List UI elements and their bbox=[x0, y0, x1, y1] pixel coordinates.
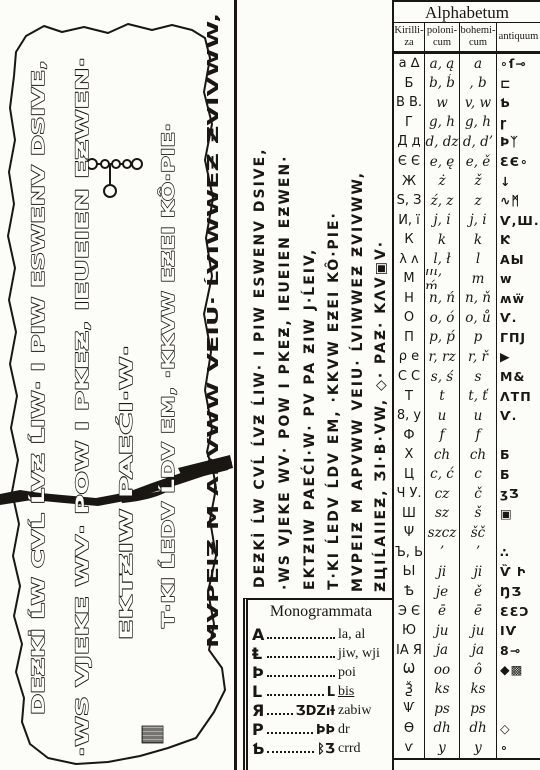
alphabetum-cell-kirilliza-row8: S, З bbox=[394, 191, 425, 211]
monogram-glyph: P bbox=[252, 722, 265, 738]
alphabetum-cell-antiquum-row33 bbox=[497, 680, 540, 700]
alphabetum-cell-antiquum-row34 bbox=[497, 699, 540, 719]
alphabetum-cell-polonicum-row2: b, b́ bbox=[425, 74, 460, 94]
monogram-row: ЯƷǱıƚzabiw bbox=[252, 700, 390, 719]
monogram-reading: poi bbox=[338, 665, 390, 681]
alphabetum-cell-polonicum-row19: u bbox=[425, 406, 460, 426]
alphabetum-cell-antiquum-row18: ΛТП bbox=[497, 386, 540, 406]
alphabetum-cell-antiquum-row29: ƐƐƆ bbox=[497, 601, 540, 621]
alphabetum-cell-kirilliza-row7: Ж bbox=[394, 171, 425, 191]
alphabetum-cell-antiquum-row25 bbox=[497, 523, 540, 543]
alphabetum-cell-antiquum-row12: ᴡ bbox=[497, 269, 540, 289]
monogram-mid-glyphs: ƷǱıƚ bbox=[296, 704, 335, 719]
column-header-antiquum: antiquum bbox=[497, 23, 540, 51]
monogram-glyph: Þ bbox=[252, 665, 265, 681]
alphabetum-cell-bohemicum-row8: z bbox=[460, 191, 497, 211]
alphabetum-cell-antiquum-row13: ʍẅ bbox=[497, 289, 540, 309]
alphabetum-cell-bohemicum-row35: dh bbox=[460, 719, 497, 739]
alphabetum-cell-antiquum-row11: АЫ bbox=[497, 249, 540, 269]
monogram-reading: la, al bbox=[338, 627, 390, 643]
alphabetum-cell-kirilliza-row12: М bbox=[394, 269, 425, 289]
monogram-glyph: Ⱡ bbox=[252, 646, 265, 662]
alphabetum-cell-antiquum-row27: Ѷ Ի bbox=[497, 562, 540, 582]
monogram-glyph: Ƅ bbox=[252, 741, 265, 757]
alphabetum-table: Alphabetum Kirilli- zapoloni- cumbohemi-… bbox=[392, 0, 540, 770]
monogram-row: PÞÞdr bbox=[252, 719, 390, 738]
transcription-line-2: ·WS VJEKE WV· POW I PKEƵ, IEUEIEN EƵWEN· bbox=[277, 93, 293, 590]
monogrammata-rows: Ala, alⱠjiw, wjiÞpoiLLbisЯƷǱıƚzabiwPÞÞdr… bbox=[252, 624, 390, 757]
alphabetum-cell-bohemicum-row6: e, ě bbox=[460, 152, 497, 172]
alphabetum-cell-polonicum-row24: sz bbox=[425, 504, 460, 524]
monogram-row: LLbis bbox=[252, 681, 390, 700]
alphabetum-cell-kirilliza-row15: П bbox=[394, 328, 425, 348]
monogram-row: ƄᛒƷcrrd bbox=[252, 738, 390, 757]
alphabetum-cell-bohemicum-row5: d, d’ bbox=[460, 132, 497, 152]
alphabetum-cell-kirilliza-row4: Г bbox=[394, 113, 425, 133]
alphabetum-cell-bohemicum-row24: š bbox=[460, 504, 497, 524]
alphabetum-cell-bohemicum-row12: m bbox=[460, 269, 497, 289]
alphabetum-cell-antiquum-row5: Þᛉ bbox=[497, 132, 540, 152]
alphabetum-cell-polonicum-row34: ps bbox=[425, 699, 460, 719]
alphabetum-cell-kirilliza-row5: Д д bbox=[394, 132, 425, 152]
alphabetum-cell-kirilliza-row30: Ю bbox=[394, 621, 425, 641]
stone-glyph-column-2: ·WS VJEKE WV· POW I PKEƵ, IEUEIEN EƵWEN· bbox=[73, 57, 93, 757]
alphabetum-cell-kirilliza-row3: В В. bbox=[394, 93, 425, 113]
alphabetum-cell-kirilliza-row27: ЬІ bbox=[394, 562, 425, 582]
transcription-line-5: MVPEIƵ M APVWW VEIU· ĹVIWWEƵ ƵVIVWW, bbox=[350, 100, 366, 592]
alphabetum-cell-bohemicum-row36: y bbox=[460, 738, 497, 758]
alphabetum-cell-bohemicum-row9: j, i bbox=[460, 210, 497, 230]
alphabetum-cell-kirilliza-row13: Н bbox=[394, 289, 425, 309]
alphabetum-cell-kirilliza-row28: Ѣ bbox=[394, 582, 425, 602]
alphabetum-cell-antiquum-row9: Ѵ,Ш. bbox=[497, 210, 540, 230]
alphabetum-cell-polonicum-row35: dh bbox=[425, 719, 460, 739]
alphabetum-cell-kirilliza-row14: О bbox=[394, 308, 425, 328]
alphabetum-cell-polonicum-row7: ż bbox=[425, 171, 460, 191]
column-header-bohemicum: bohemi- cum bbox=[460, 23, 497, 51]
alphabetum-cell-bohemicum-row30: ju bbox=[460, 621, 497, 641]
chain-ornament bbox=[87, 159, 142, 197]
monogram-row: Þpoi bbox=[252, 662, 390, 681]
alphabetum-cell-polonicum-row25: szcz bbox=[425, 523, 460, 543]
alphabetum-cell-bohemicum-row16: r, ř bbox=[460, 347, 497, 367]
alphabetum-cell-bohemicum-row31: ja bbox=[460, 640, 497, 660]
alphabetum-cell-kirilliza-row18: Т bbox=[394, 386, 425, 406]
stone-glyph-column-4: T·KI ĹEDV ĹDV EM, ·KKVW EƵEI KÔ·PIE· bbox=[157, 123, 179, 628]
alphabetum-cell-polonicum-row10: k bbox=[425, 230, 460, 250]
monogrammata-panel: Monogrammata Ala, alⱠjiw, wjiÞpoiLLbisЯƷ… bbox=[243, 598, 392, 770]
monogrammata-title: Monogrammata bbox=[252, 603, 390, 621]
alphabetum-cell-kirilliza-row33: Ѯ bbox=[394, 680, 425, 700]
alphabetum-cell-kirilliza-row1: а ∆ bbox=[394, 54, 425, 74]
transcription-line-3: EKTƵIW PAEĆI·W· PV PA ƵIW J·ĹEIV, bbox=[302, 115, 318, 590]
dotted-leader bbox=[267, 655, 335, 658]
alphabetum-cell-polonicum-row5: d, dz bbox=[425, 132, 460, 152]
alphabetum-cell-kirilliza-row23: Ч У. bbox=[394, 484, 425, 504]
alphabetum-cell-kirilliza-row34: Ѱ bbox=[394, 699, 425, 719]
column-divider-rule bbox=[234, 0, 237, 770]
alphabetum-cell-polonicum-row16: r, rz bbox=[425, 347, 460, 367]
alphabetum-cell-antiquum-row8: ∿ᛗ bbox=[497, 191, 540, 211]
monogram-glyph: Я bbox=[252, 703, 265, 719]
alphabetum-cell-polonicum-row28: je bbox=[425, 582, 460, 602]
alphabetum-cell-polonicum-row33: ks bbox=[425, 680, 460, 700]
monogram-reading: zabiw bbox=[338, 703, 390, 719]
dotted-leader bbox=[267, 636, 335, 639]
monogram-reading: dr bbox=[338, 722, 390, 738]
alphabetum-cell-antiquum-row26: ∴ bbox=[497, 543, 540, 563]
alphabetum-cell-polonicum-row30: ju bbox=[425, 621, 460, 641]
alphabetum-cell-bohemicum-row33: ks bbox=[460, 680, 497, 700]
alphabetum-cell-polonicum-row17: s, ś bbox=[425, 367, 460, 387]
column-header-polonicum: poloni- cum bbox=[425, 23, 460, 51]
alphabetum-cell-polonicum-row6: e, ę bbox=[425, 152, 460, 172]
alphabetum-cell-bohemicum-row28: ě bbox=[460, 582, 497, 602]
alphabetum-cell-polonicum-row29: ē bbox=[425, 601, 460, 621]
alphabetum-cell-antiquum-row22: Ƃ bbox=[497, 464, 540, 484]
alphabetum-cell-kirilliza-row25: Ψ bbox=[394, 523, 425, 543]
alphabetum-cell-bohemicum-row34: ps bbox=[460, 699, 497, 719]
dotted-leader bbox=[267, 674, 335, 677]
alphabetum-cell-kirilliza-row36: ѵ bbox=[394, 738, 425, 758]
alphabetum-cell-antiquum-row17: М& bbox=[497, 367, 540, 387]
alphabetum-cell-polonicum-row15: p, ṕ bbox=[425, 328, 460, 348]
alphabetum-cell-bohemicum-row17: s bbox=[460, 367, 497, 387]
alphabetum-cell-polonicum-row13: n, ń bbox=[425, 289, 460, 309]
alphabetum-cell-bohemicum-row15: p bbox=[460, 328, 497, 348]
alphabetum-cell-bohemicum-row21: ch bbox=[460, 445, 497, 465]
alphabetum-cell-bohemicum-row32: ô bbox=[460, 660, 497, 680]
alphabetum-cell-bohemicum-row4: g, h bbox=[460, 113, 497, 133]
alphabetum-cell-kirilliza-row10: К bbox=[394, 230, 425, 250]
alphabetum-header-row: Kirilli- zapoloni- cumbohemi- cumantiquu… bbox=[394, 22, 540, 54]
alphabetum-cell-polonicum-row26: ’ bbox=[425, 543, 460, 563]
alphabetum-cell-polonicum-row8: ź, z bbox=[425, 191, 460, 211]
alphabetum-cell-polonicum-row18: t bbox=[425, 386, 460, 406]
alphabetum-cell-antiquum-row1: ∘ſ⊸ bbox=[497, 54, 540, 74]
monogram-glyph: L bbox=[252, 684, 265, 700]
alphabetum-cell-antiquum-row36: ∘ bbox=[497, 738, 540, 758]
alphabetum-cell-antiquum-row20 bbox=[497, 425, 540, 445]
alphabetum-cell-polonicum-row20: f bbox=[425, 425, 460, 445]
alphabetum-cell-antiquum-row32: ◆▩ bbox=[497, 660, 540, 680]
alphabetum-cell-bohemicum-row2: , b bbox=[460, 74, 497, 94]
alphabetum-cell-bohemicum-row22: c bbox=[460, 464, 497, 484]
dotted-leader bbox=[267, 693, 324, 696]
alphabetum-cell-polonicum-row12: m, ḿ bbox=[425, 269, 460, 289]
alphabetum-cell-antiquum-row7: ↓ bbox=[497, 171, 540, 191]
monogram-reading: crrd bbox=[338, 741, 390, 757]
stone-glyph-columns: DEƵKİ ĹW CVĹ ĹVƵ ĹIW· I PIW ESWENV DSIVE… bbox=[27, 13, 222, 757]
alphabetum-cell-polonicum-row22: c, ć bbox=[425, 464, 460, 484]
alphabetum-cell-polonicum-row11: l, ł bbox=[425, 249, 460, 269]
alphabetum-cell-antiquum-row35: ◇ bbox=[497, 719, 540, 739]
alphabetum-cell-antiquum-row14: Ѵ. bbox=[497, 308, 540, 328]
monogram-row: Ala, al bbox=[252, 624, 390, 643]
alphabetum-body: а ∆a, ąa∘ſ⊸Бb, b́, b⊏В В.wv, wƄГg, hg, h… bbox=[394, 54, 540, 760]
alphabetum-cell-bohemicum-row1: a bbox=[460, 54, 497, 74]
alphabetum-cell-kirilliza-row6: Є Є bbox=[394, 152, 425, 172]
stone-glyph-column-1: DEƵKİ ĹW CVĹ ĹVƵ ĹIW· I PIW ESWENV DSIVE… bbox=[27, 60, 49, 715]
stone-glyph-column-3: EKTƵIW PAEĆI·W· bbox=[115, 345, 137, 640]
alphabetum-cell-bohemicum-row3: v, w bbox=[460, 93, 497, 113]
alphabetum-cell-bohemicum-row11: l bbox=[460, 249, 497, 269]
alphabetum-cell-bohemicum-row25: šč bbox=[460, 523, 497, 543]
alphabetum-cell-bohemicum-row20: f bbox=[460, 425, 497, 445]
dotted-leader bbox=[267, 712, 293, 715]
alphabetum-cell-polonicum-row4: g, h bbox=[425, 113, 460, 133]
monogram-mid-glyphs: L bbox=[327, 685, 335, 700]
alphabetum-cell-polonicum-row23: cz bbox=[425, 484, 460, 504]
alphabetum-cell-polonicum-row21: ch bbox=[425, 445, 460, 465]
alphabetum-cell-antiquum-row15: ГПЈ bbox=[497, 328, 540, 348]
alphabetum-cell-polonicum-row32: oo bbox=[425, 660, 460, 680]
alphabetum-cell-antiquum-row10: Ƙ bbox=[497, 230, 540, 250]
dotted-leader bbox=[267, 731, 313, 734]
alphabetum-cell-polonicum-row14: o, ó bbox=[425, 308, 460, 328]
alphabetum-cell-kirilliza-row16: ρ е bbox=[394, 347, 425, 367]
alphabetum-cell-polonicum-row9: j, i bbox=[425, 210, 460, 230]
alphabetum-cell-kirilliza-row19: 8, у bbox=[394, 406, 425, 426]
alphabetum-cell-antiquum-row24: ▣ bbox=[497, 504, 540, 524]
alphabetum-cell-kirilliza-row22: Ц bbox=[394, 464, 425, 484]
alphabetum-cell-polonicum-row3: w bbox=[425, 93, 460, 113]
alphabetum-cell-bohemicum-row7: ž bbox=[460, 171, 497, 191]
alphabetum-cell-kirilliza-row31: ІА Я bbox=[394, 640, 425, 660]
transcription-line-4: T·KI ĹEDV ĹDV EM, ·KKVW EƵEI KÔ·PIE· bbox=[326, 120, 342, 590]
alphabetum-cell-antiquum-row16: ▶ bbox=[497, 347, 540, 367]
alphabetum-cell-polonicum-row36: y bbox=[425, 738, 460, 758]
alphabetum-cell-kirilliza-row35: Ѳ bbox=[394, 719, 425, 739]
alphabetum-cell-antiquum-row2: ⊏ bbox=[497, 74, 540, 94]
alphabetum-cell-bohemicum-row23: č bbox=[460, 484, 497, 504]
alphabetum-cell-kirilliza-row21: Х bbox=[394, 445, 425, 465]
alphabetum-cell-kirilliza-row11: λ ʌ bbox=[394, 249, 425, 269]
alphabetum-title: Alphabetum bbox=[394, 2, 540, 22]
dotted-leader bbox=[267, 750, 314, 753]
monogram-reading: jiw, wji bbox=[338, 646, 390, 662]
stone-glyph-column-5: MVPEIƵ M APVWW VEIU· ĹVIWWEƵ ƵVIVWW, bbox=[203, 13, 222, 648]
alphabetum-cell-bohemicum-row18: t, ť bbox=[460, 386, 497, 406]
alphabetum-cell-antiquum-row3: Ƅ bbox=[497, 93, 540, 113]
alphabetum-cell-kirilliza-row24: Ш bbox=[394, 504, 425, 524]
alphabetum-cell-bohemicum-row19: u bbox=[460, 406, 497, 426]
scanned-page: DEƵKİ ĹW CVĹ ĹVƵ ĹIW· I PIW ESWENV DSIVE… bbox=[0, 0, 540, 770]
alphabetum-cell-kirilliza-row29: Э Є bbox=[394, 601, 425, 621]
alphabetum-cell-kirilliza-row32: Ѡ bbox=[394, 660, 425, 680]
alphabetum-cell-kirilliza-row17: С С bbox=[394, 367, 425, 387]
alphabetum-cell-antiquum-row19: Ѵ. bbox=[497, 406, 540, 426]
transcription-line-1: DEƵKİ ĹW CVĹ ĹVƵ ĹIW· I PIW ESWENV DSIVE… bbox=[252, 88, 268, 588]
alphabetum-cell-bohemicum-row29: ē bbox=[460, 601, 497, 621]
alphabetum-cell-polonicum-row1: a, ą bbox=[425, 54, 460, 74]
monogram-mid-glyphs: ᛒƷ bbox=[317, 742, 335, 757]
alphabetum-cell-antiquum-row28: ŊƷ bbox=[497, 582, 540, 602]
alphabetum-cell-bohemicum-row26: ’ bbox=[460, 543, 497, 563]
column-header-kirilliza: Kirilli- za bbox=[394, 23, 425, 51]
alphabetum-cell-antiquum-row30: ІѴ bbox=[497, 621, 540, 641]
alphabetum-cell-kirilliza-row26: Ъ, Ь bbox=[394, 543, 425, 563]
monogram-row: Ⱡjiw, wji bbox=[252, 643, 390, 662]
monogram-mid-glyphs: ÞÞ bbox=[316, 723, 335, 738]
alphabetum-cell-kirilliza-row9: И, ї bbox=[394, 210, 425, 230]
alphabetum-cell-bohemicum-row14: o, ů bbox=[460, 308, 497, 328]
alphabetum-cell-polonicum-row27: ji bbox=[425, 562, 460, 582]
monogram-reading: bis bbox=[338, 684, 390, 700]
monogram-glyph: A bbox=[252, 627, 265, 643]
alphabetum-cell-bohemicum-row13: n, ň bbox=[460, 289, 497, 309]
alphabetum-cell-kirilliza-row20: Ф bbox=[394, 425, 425, 445]
alphabetum-cell-antiquum-row4: ɼ bbox=[497, 113, 540, 133]
alphabetum-cell-antiquum-row6: ƐЄ∘ bbox=[497, 152, 540, 172]
alphabetum-cell-antiquum-row23: ʒƷ bbox=[497, 484, 540, 504]
alphabetum-cell-antiquum-row31: 8⊸ bbox=[497, 640, 540, 660]
hatched-mason-mark bbox=[142, 726, 163, 743]
alphabetum-cell-bohemicum-row27: ji bbox=[460, 562, 497, 582]
alphabetum-cell-polonicum-row31: ja bbox=[425, 640, 460, 660]
alphabetum-cell-bohemicum-row10: k bbox=[460, 230, 497, 250]
alphabetum-cell-antiquum-row21: Ƃ bbox=[497, 445, 540, 465]
alphabetum-cell-kirilliza-row2: Б bbox=[394, 74, 425, 94]
stone-inscription-drawing: DEƵKİ ĹW CVĹ ĹVƵ ĹIW· I PIW ESWENV DSIVE… bbox=[0, 0, 240, 770]
transcription-line-6: ƵЦIĹAIIEƵ, ƷI·B·VW, ◇· PAƵ· KΛV▣V· bbox=[373, 142, 389, 592]
